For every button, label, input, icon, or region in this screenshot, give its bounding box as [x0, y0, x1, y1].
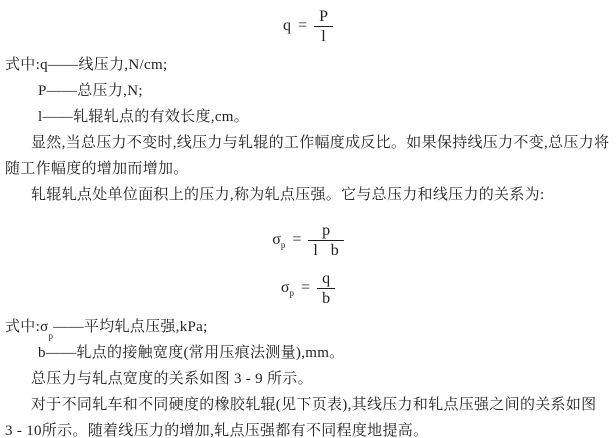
fraction: p l b	[308, 222, 343, 259]
where-clause-prefix: 式中:σ	[5, 319, 48, 335]
fraction-denominator: l b	[308, 241, 343, 259]
formula-nip-pressure-total: σp = p l b	[0, 220, 616, 260]
formula-symbol: σ	[272, 231, 281, 249]
where-clause-rest: ——平均轧点压强,kPa;	[53, 319, 207, 335]
fraction-denominator: l	[314, 27, 333, 45]
fraction: q b	[317, 270, 335, 307]
equals-sign: =	[292, 231, 301, 249]
paragraph-line: 轧辊轧点处单位面积上的压力,称为轧点压强。它与总压力和线压力的关系为:	[0, 182, 616, 208]
formula-lhs: σp	[272, 231, 285, 249]
paragraph-line: 3 - 10所示。随着线压力的增加,轧点压强都有不同程度地提高。	[0, 418, 616, 438]
equals-sign: =	[298, 17, 307, 35]
fraction-denominator: b	[317, 289, 335, 307]
formula-symbol: q	[283, 17, 291, 35]
formula-nip-pressure-line: σp = q b	[0, 268, 616, 308]
fraction-numerator: P	[314, 8, 333, 27]
definition-line-contact-width: b——轧点的接触宽度(常用压痕法测量),mm。	[0, 340, 616, 366]
where-clause-line: 式中:σp——平均轧点压强,kPa;	[0, 314, 616, 340]
formula-symbol: σ	[281, 279, 290, 297]
definition-line-effective-length: l——轧辊轧点的有效长度,cm。	[0, 104, 616, 130]
paragraph-line: 对于不同轧车和不同硬度的橡胶轧辊(见下页表),其线压力和轧点压强之间的关系如图	[0, 392, 616, 418]
document-page: q = P l 式中:q——线压力,N/cm; P——总压力,N; l——轧辊轧…	[0, 0, 616, 438]
paragraph-line: 总压力与轧点宽度的关系如图 3 - 9 所示。	[0, 366, 616, 392]
fraction-numerator: q	[317, 270, 335, 289]
formula-line-pressure: q = P l	[0, 6, 616, 46]
sigma-subscript: p	[48, 331, 53, 341]
fraction: P l	[314, 8, 333, 45]
paragraph-line: 显然,当总压力不变时,线压力与轧辊的工作幅度成反比。如果保持线压力不变,总压力将	[0, 130, 616, 156]
fraction-numerator: p	[308, 222, 343, 241]
where-clause-line: 式中:q——线压力,N/cm;	[0, 52, 616, 78]
formula-lhs: σp	[281, 279, 294, 297]
definition-line-total-pressure: P——总压力,N;	[0, 78, 616, 104]
formula-lhs: q	[283, 17, 291, 35]
paragraph-line: 随工作幅度的增加而增加。	[0, 156, 616, 182]
equals-sign: =	[301, 279, 310, 297]
